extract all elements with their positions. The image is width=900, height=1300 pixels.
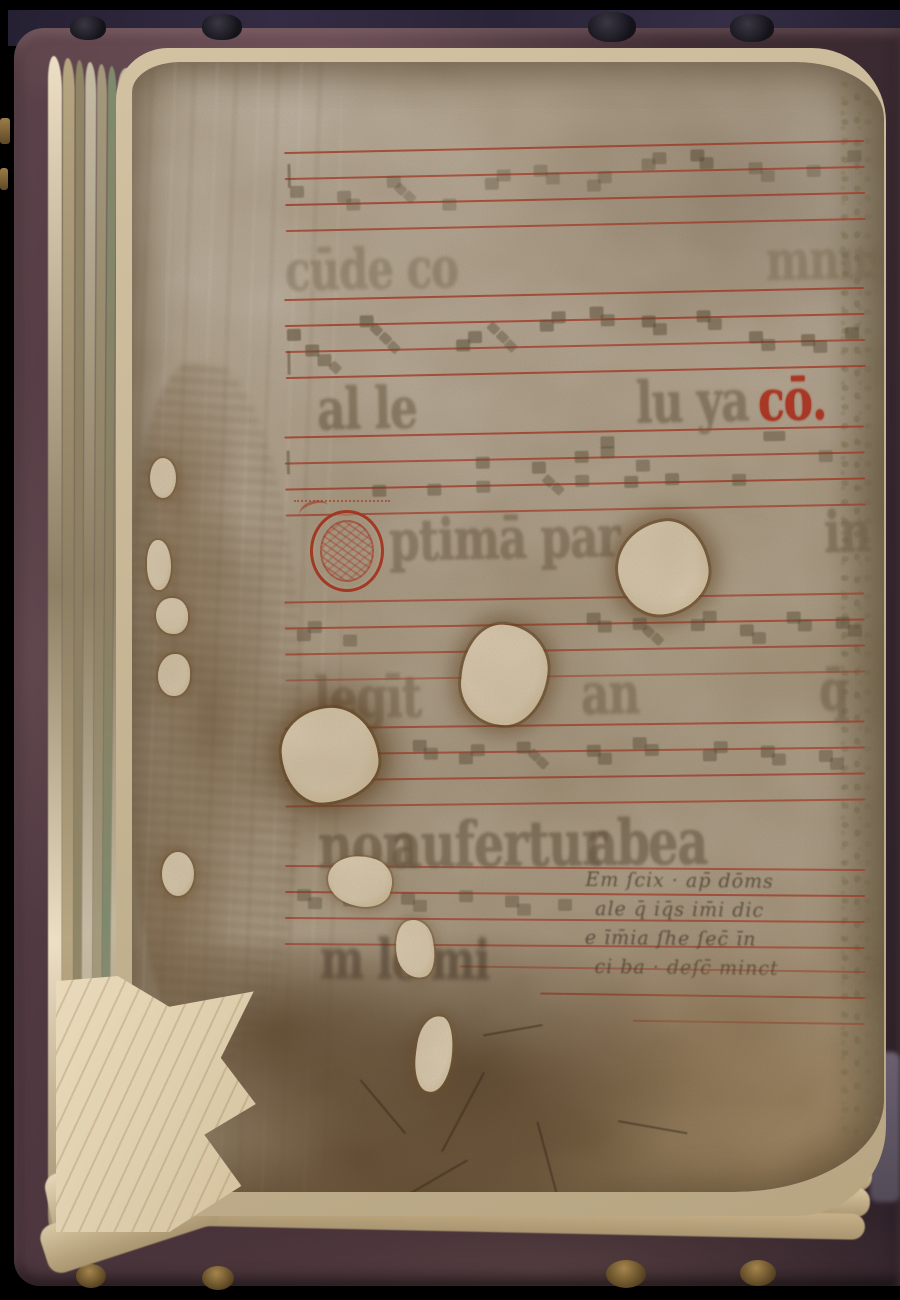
neume xyxy=(372,485,386,497)
binding-foot xyxy=(740,1260,776,1286)
marginal-cursive-note: Em ſcix · ap̄ dōmsale q̄ iq̄s im̄i dice … xyxy=(584,868,884,980)
neume xyxy=(653,323,667,335)
neume xyxy=(459,890,473,902)
chant-text-line: cūde comnus xyxy=(284,228,865,302)
neume xyxy=(708,318,722,330)
neume xyxy=(798,619,812,631)
neume xyxy=(598,171,612,183)
staff-line xyxy=(284,140,864,155)
chant-text-fragment: ptimā par xyxy=(389,502,621,574)
parchment-hole xyxy=(162,852,194,896)
neume xyxy=(636,460,650,472)
neume xyxy=(287,164,291,188)
manuscript-photo: Opened medieval chant manuscript (antiph… xyxy=(0,0,900,1300)
cursive-line: e īm̄ia ſhe ſec̄ īn xyxy=(585,926,884,952)
staff-line xyxy=(285,618,865,630)
crack-line xyxy=(398,1159,468,1192)
neume xyxy=(598,620,612,632)
neume xyxy=(760,170,774,182)
chant-text-fragment: aufertur xyxy=(391,806,607,882)
crack-line xyxy=(441,1072,485,1152)
neume xyxy=(558,899,572,911)
neume xyxy=(346,199,360,211)
staff-line xyxy=(633,1020,865,1026)
parchment-page: cūde comnusal lelu yacō.ptimā parin cleg… xyxy=(132,62,884,1192)
neume xyxy=(477,481,491,493)
neume xyxy=(496,169,510,181)
staff xyxy=(284,140,866,236)
neume xyxy=(287,329,301,341)
binding-foot xyxy=(76,1264,106,1288)
neume xyxy=(468,331,482,343)
neume xyxy=(847,150,861,162)
crack-line xyxy=(360,1080,406,1135)
initial-penwork-flourish xyxy=(294,500,390,502)
staff-line xyxy=(285,166,865,181)
crack-line xyxy=(618,1120,687,1134)
neume xyxy=(427,484,441,496)
clasp-fitting xyxy=(0,118,10,144)
neume xyxy=(343,634,357,646)
binding-knob xyxy=(588,12,636,42)
staff-line xyxy=(285,644,865,656)
neume xyxy=(624,476,638,488)
chant-text-fragment: cō. xyxy=(757,365,827,434)
neume xyxy=(807,165,821,177)
chant-text-fragment: mnus xyxy=(766,227,884,293)
neume xyxy=(653,152,667,164)
neume xyxy=(699,157,713,169)
parchment-hole xyxy=(147,540,171,590)
clasp-fitting xyxy=(0,168,8,190)
cursive-line: ci ba · deſc̄ minct xyxy=(594,955,884,981)
staff-line xyxy=(285,192,865,207)
neume xyxy=(732,474,746,486)
neume xyxy=(575,475,589,487)
neume xyxy=(517,904,531,916)
neume xyxy=(601,446,615,458)
chant-text-line: legītanq̄ xyxy=(285,655,866,726)
chant-text-fragment: in c xyxy=(824,497,884,566)
neume xyxy=(847,624,861,636)
neume xyxy=(575,451,589,463)
neume xyxy=(644,744,658,756)
neume xyxy=(308,897,322,909)
binding-foot xyxy=(606,1260,646,1288)
illuminated-initial-O xyxy=(310,510,384,592)
staff-line xyxy=(285,339,865,354)
neume xyxy=(413,900,427,912)
neume xyxy=(830,758,844,770)
neume xyxy=(601,314,615,326)
crack-line xyxy=(536,1122,569,1192)
binding-knob xyxy=(70,16,106,40)
chant-text-fragment: q̄ xyxy=(818,656,849,724)
neume xyxy=(752,632,766,644)
neume xyxy=(761,339,775,351)
neume xyxy=(470,744,484,756)
neume xyxy=(714,741,728,753)
neume xyxy=(551,311,565,323)
neume xyxy=(772,753,786,765)
binding-knob xyxy=(202,14,242,40)
parchment-hole xyxy=(158,654,190,696)
binding-knob xyxy=(730,14,774,42)
chant-text-fragment: cūde co xyxy=(284,236,458,303)
neume xyxy=(288,351,292,375)
neume xyxy=(598,753,612,765)
binding-foot xyxy=(202,1266,234,1290)
cursive-line: ale q̄ iq̄s im̄i dic xyxy=(595,897,884,923)
neume xyxy=(818,450,832,462)
parchment-hole xyxy=(150,458,176,498)
neume xyxy=(665,473,679,485)
chant-text-fragment: lu ya xyxy=(635,366,749,436)
neume xyxy=(504,339,518,353)
neume xyxy=(308,621,322,633)
chant-text-fragment: an xyxy=(580,659,639,727)
chant-text-fragment: al le xyxy=(316,373,417,443)
neume xyxy=(286,450,289,474)
chant-text-line: al lelu yacō. xyxy=(284,364,865,438)
neume xyxy=(424,748,438,760)
neume xyxy=(702,611,716,623)
neume xyxy=(845,327,859,339)
parchment-hole xyxy=(156,598,188,634)
staff-line xyxy=(284,592,864,604)
cursive-line: Em ſcix · ap̄ dōms xyxy=(585,868,884,894)
neume xyxy=(442,198,456,210)
neume xyxy=(290,186,304,198)
neume xyxy=(531,462,545,474)
neume xyxy=(476,457,490,469)
neume xyxy=(813,341,827,353)
neume xyxy=(546,172,560,184)
